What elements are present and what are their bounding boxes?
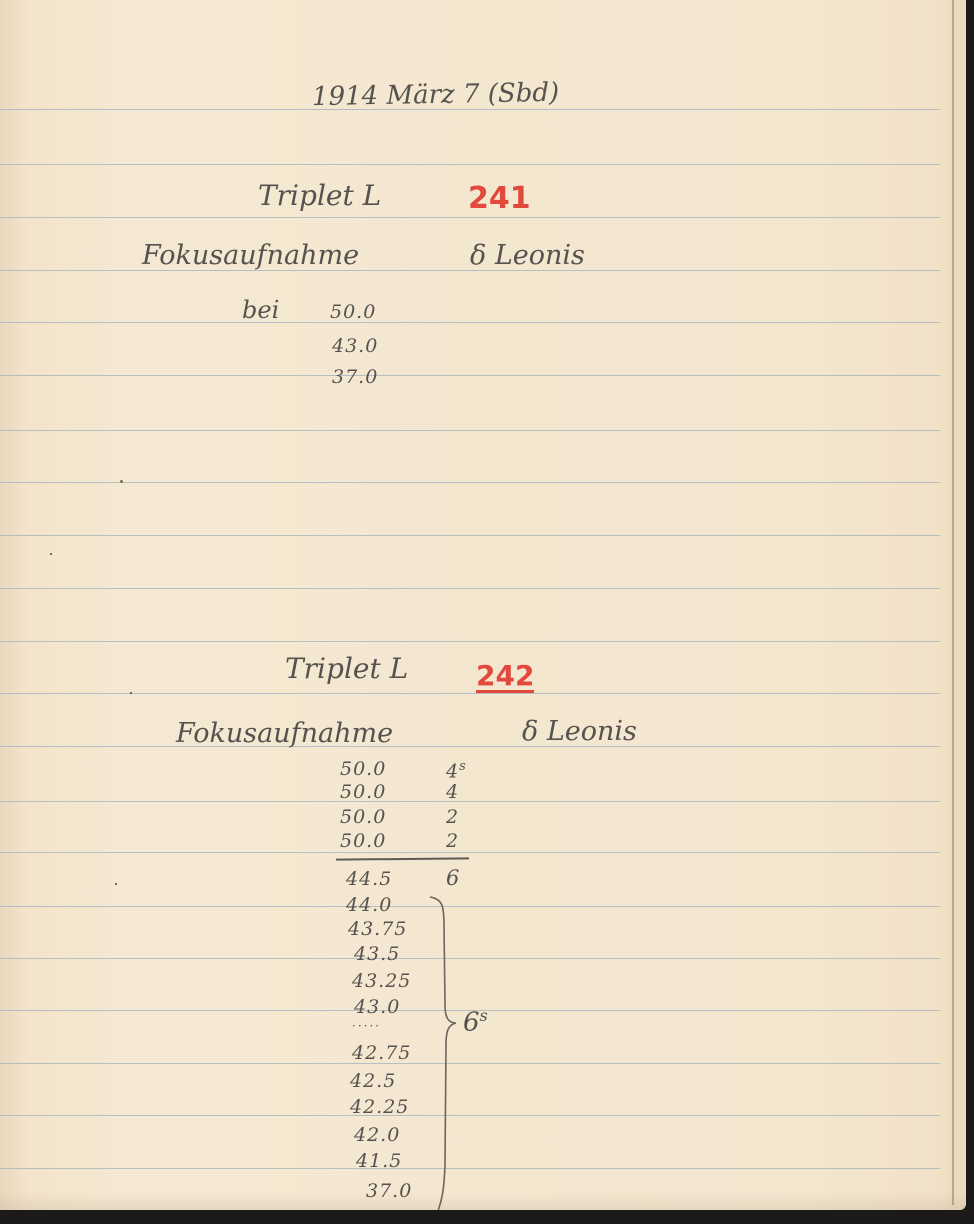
exposure-value: 4 — [446, 783, 459, 802]
paper-speck — [50, 553, 52, 555]
entry-object: δ Leonis — [522, 718, 637, 745]
focus-value: 50.0 — [330, 303, 376, 322]
exposure-unit: s — [459, 759, 467, 774]
bracket-value: 44.0 — [346, 896, 392, 915]
focus-value: 50.0 — [340, 760, 386, 779]
page-edge — [954, 0, 966, 1205]
entry-description: Fokusaufnahme — [142, 242, 359, 269]
focus-value: 43.0 — [332, 337, 378, 356]
bracket-value: 42.75 — [352, 1044, 411, 1063]
bracket-value: 42.0 — [354, 1126, 400, 1145]
curly-brace — [428, 895, 468, 1210]
instrument-name: Triplet L — [285, 652, 408, 685]
bracket-value: 42.5 — [350, 1072, 396, 1091]
bracket-value: 43.5 — [354, 945, 400, 964]
sum-line — [336, 857, 469, 860]
focus-value: 50.0 — [340, 808, 386, 827]
notebook-page: 1914 März 7 (Sbd) Triplet L 241 Fokusauf… — [0, 0, 966, 1210]
bracket-value: 43.0 — [354, 998, 400, 1017]
ruled-line — [0, 746, 940, 747]
instrument-name: Triplet L — [258, 179, 381, 212]
entry-title: Triplet L — [258, 182, 381, 210]
entry-object: δ Leonis — [470, 242, 585, 269]
ruled-line — [0, 375, 940, 376]
ruled-line — [0, 852, 940, 853]
exposure-value: 6 — [446, 868, 460, 889]
bracket-exposure: 6s — [463, 1008, 488, 1036]
focus-value: 37.0 — [332, 368, 378, 387]
paper-speck — [115, 883, 117, 885]
bracket-value: 42.25 — [350, 1098, 409, 1117]
background-edge — [0, 1210, 974, 1224]
focus-value: 44.5 — [346, 870, 392, 889]
ruled-line — [0, 535, 940, 536]
page-date: 1914 März 7 (Sbd) — [312, 80, 560, 110]
ruled-line — [0, 217, 940, 218]
paper-speck — [120, 480, 123, 483]
ruled-line — [0, 693, 940, 694]
entry-title: Triplet L — [285, 655, 408, 683]
ruled-line — [0, 482, 940, 483]
plate-number: 242 — [476, 662, 534, 693]
paper-speck — [130, 692, 132, 694]
entry-description: Fokusaufnahme — [176, 720, 393, 747]
focus-value: 50.0 — [340, 783, 386, 802]
bracket-value: 41.5 — [356, 1152, 402, 1171]
ruled-line — [0, 1168, 940, 1169]
exposure-unit: s — [480, 1006, 488, 1025]
bracket-value: 43.75 — [348, 920, 407, 939]
bracket-value: 43.25 — [352, 972, 411, 991]
plate-number: 241 — [468, 184, 531, 214]
exposure-number: 6 — [463, 1008, 480, 1038]
exposure-value: 2 — [446, 808, 459, 827]
ruled-line — [0, 1115, 940, 1116]
ruled-line — [0, 958, 940, 959]
exposure-value: 4s — [446, 760, 467, 781]
ruled-line — [0, 430, 940, 431]
bracket-dots: ····· — [352, 1020, 381, 1032]
exposure-number: 4 — [446, 760, 459, 782]
focus-value: 50.0 — [340, 832, 386, 851]
ruled-line — [0, 1063, 940, 1064]
ruled-line — [0, 164, 940, 165]
ruled-line — [0, 322, 940, 323]
ruled-line — [0, 801, 940, 802]
values-prefix: bei — [242, 298, 279, 322]
ruled-line — [0, 641, 940, 642]
background-edge — [966, 0, 974, 1224]
ruled-line — [0, 588, 940, 589]
exposure-value: 2 — [446, 832, 459, 851]
bracket-value: 37.0 — [366, 1182, 412, 1201]
ruled-line — [0, 906, 940, 907]
